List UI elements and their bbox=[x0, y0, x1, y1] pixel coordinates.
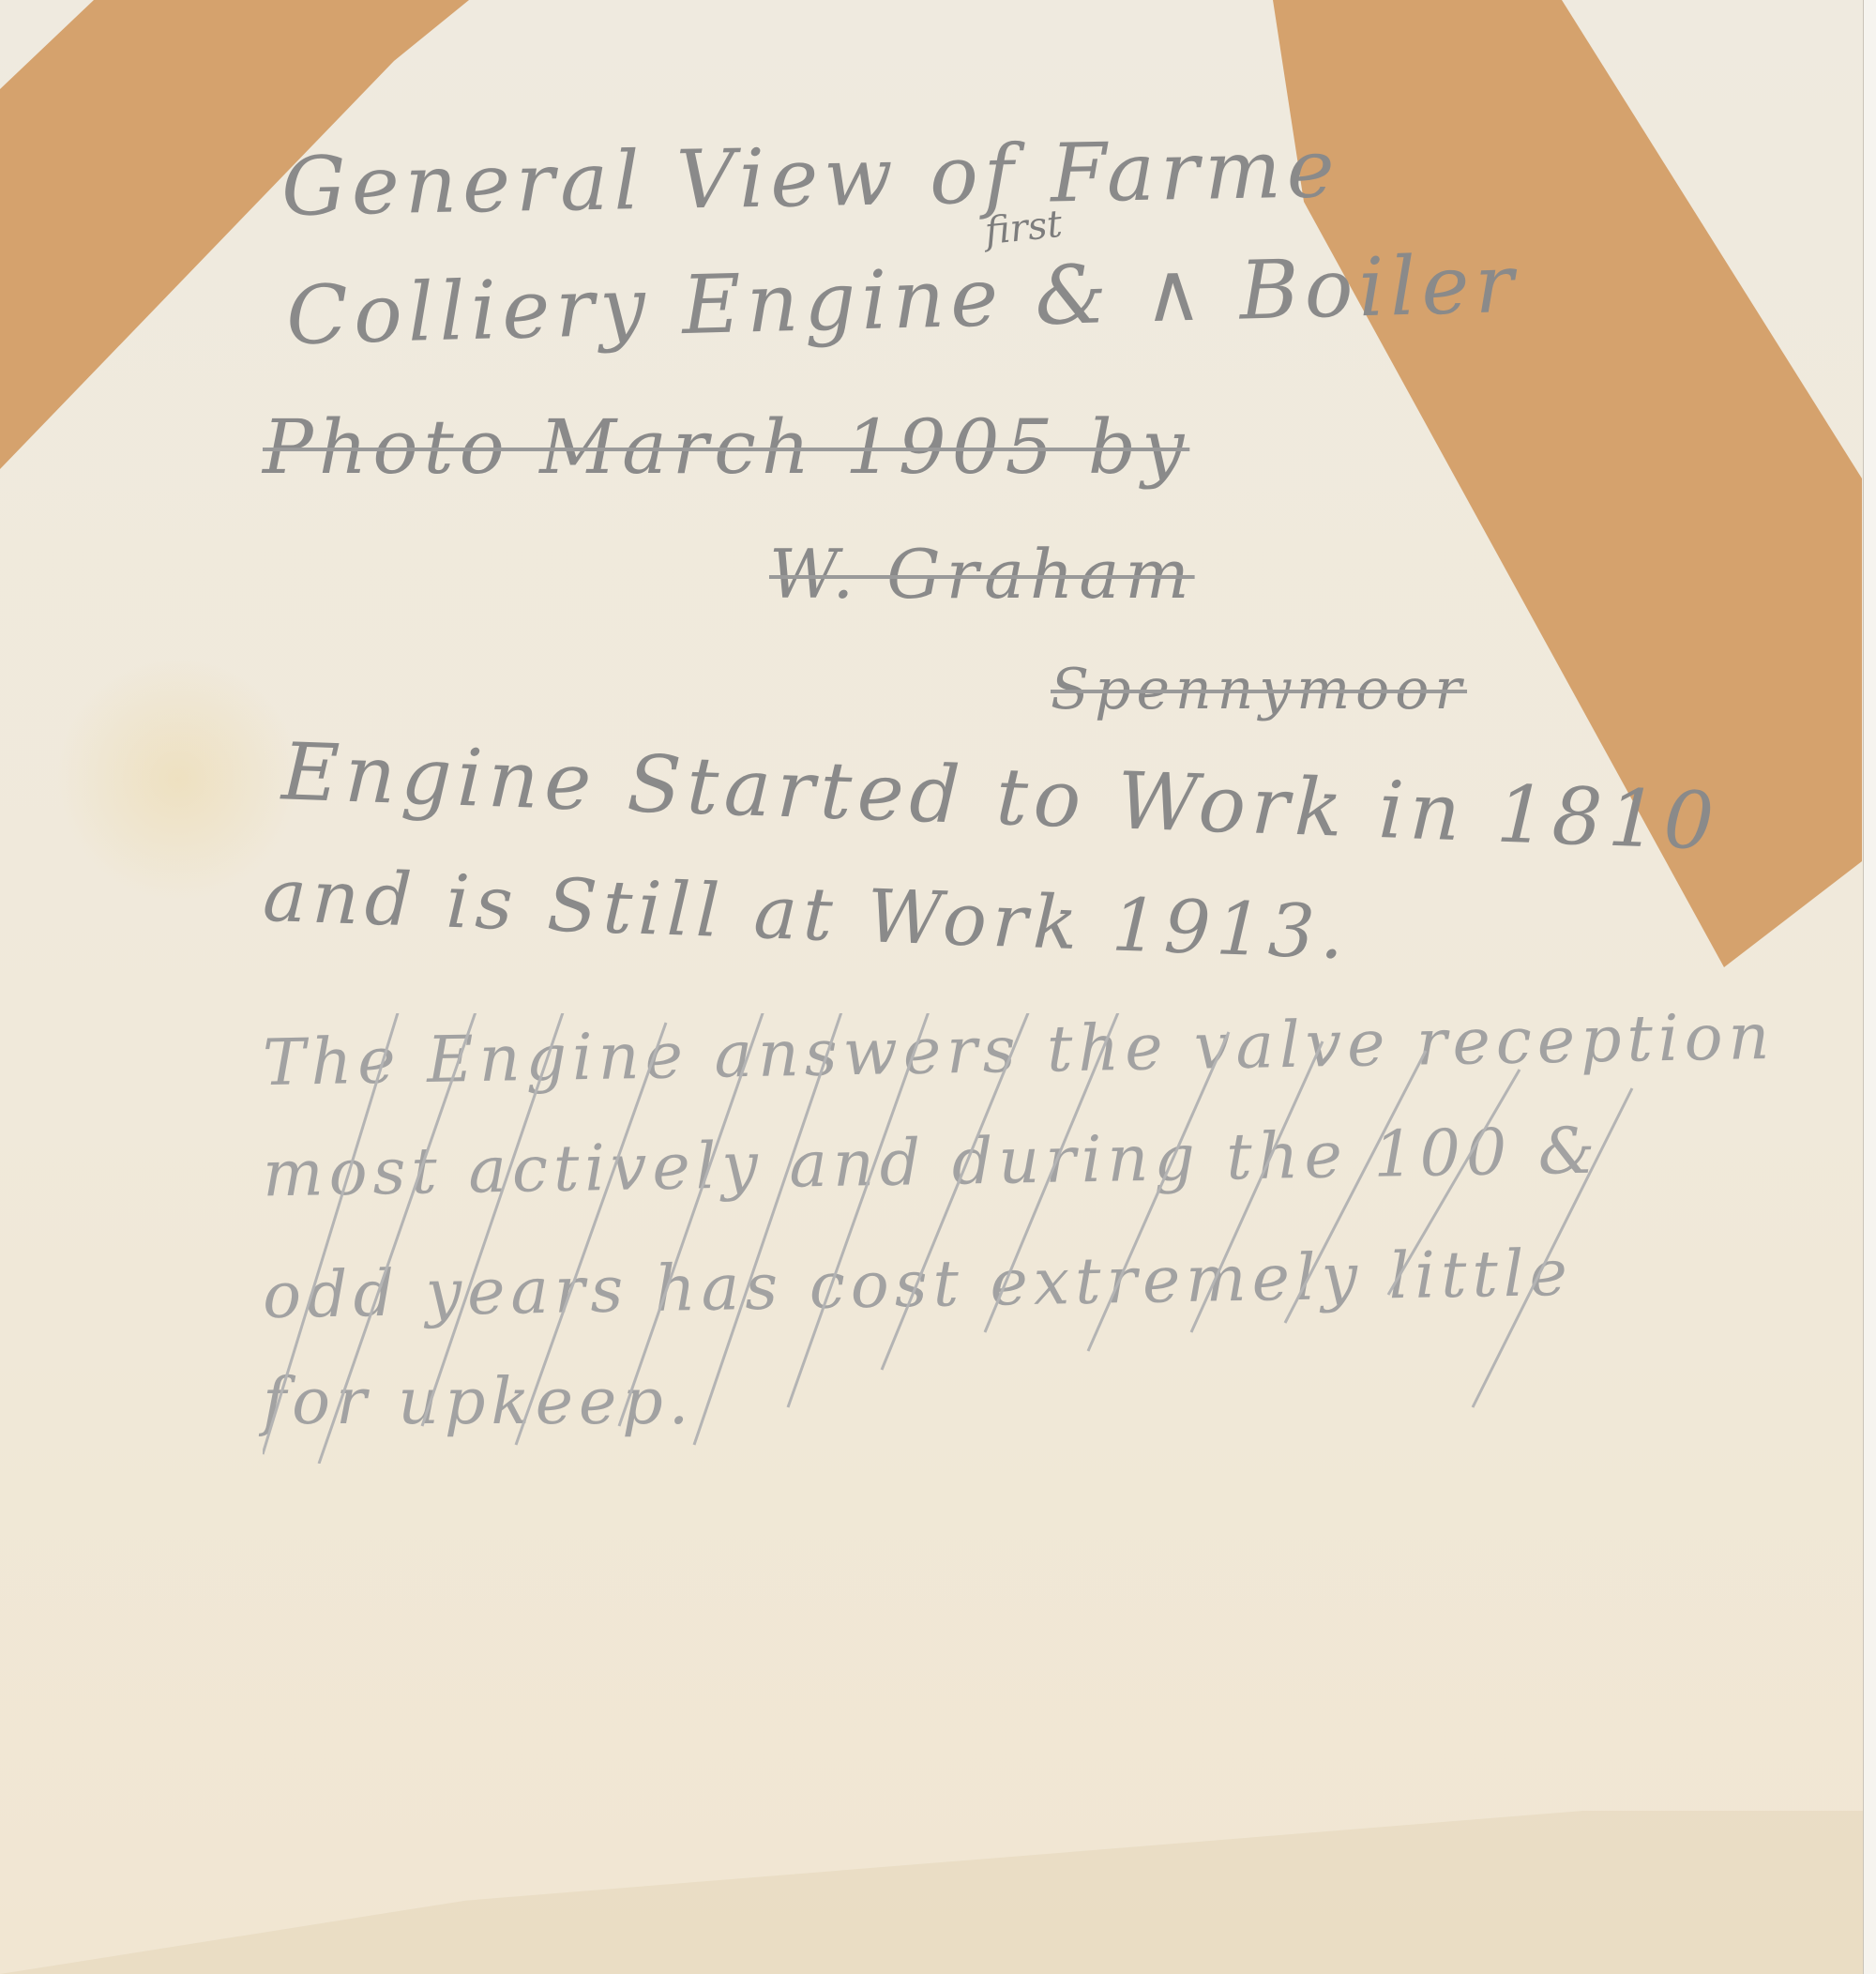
subtitle-part-2: Boiler bbox=[1238, 237, 1520, 339]
place-struck: Spennymoor bbox=[1051, 657, 1467, 722]
insertion-first: first bbox=[983, 203, 1065, 253]
caret-insertion-mark: ∧ bbox=[1142, 245, 1210, 341]
photographer-struck: W. Graham bbox=[769, 535, 1195, 614]
note-title: General View of Farme bbox=[280, 122, 1340, 235]
cross-hatch-strikeout bbox=[263, 1013, 1688, 1464]
paper-edge-strip bbox=[1863, 0, 1876, 1974]
photo-credit-struck: Photo March 1905 by bbox=[263, 403, 1189, 491]
struck-paragraph: The Engine answers the valve reception m… bbox=[263, 1013, 1688, 1454]
